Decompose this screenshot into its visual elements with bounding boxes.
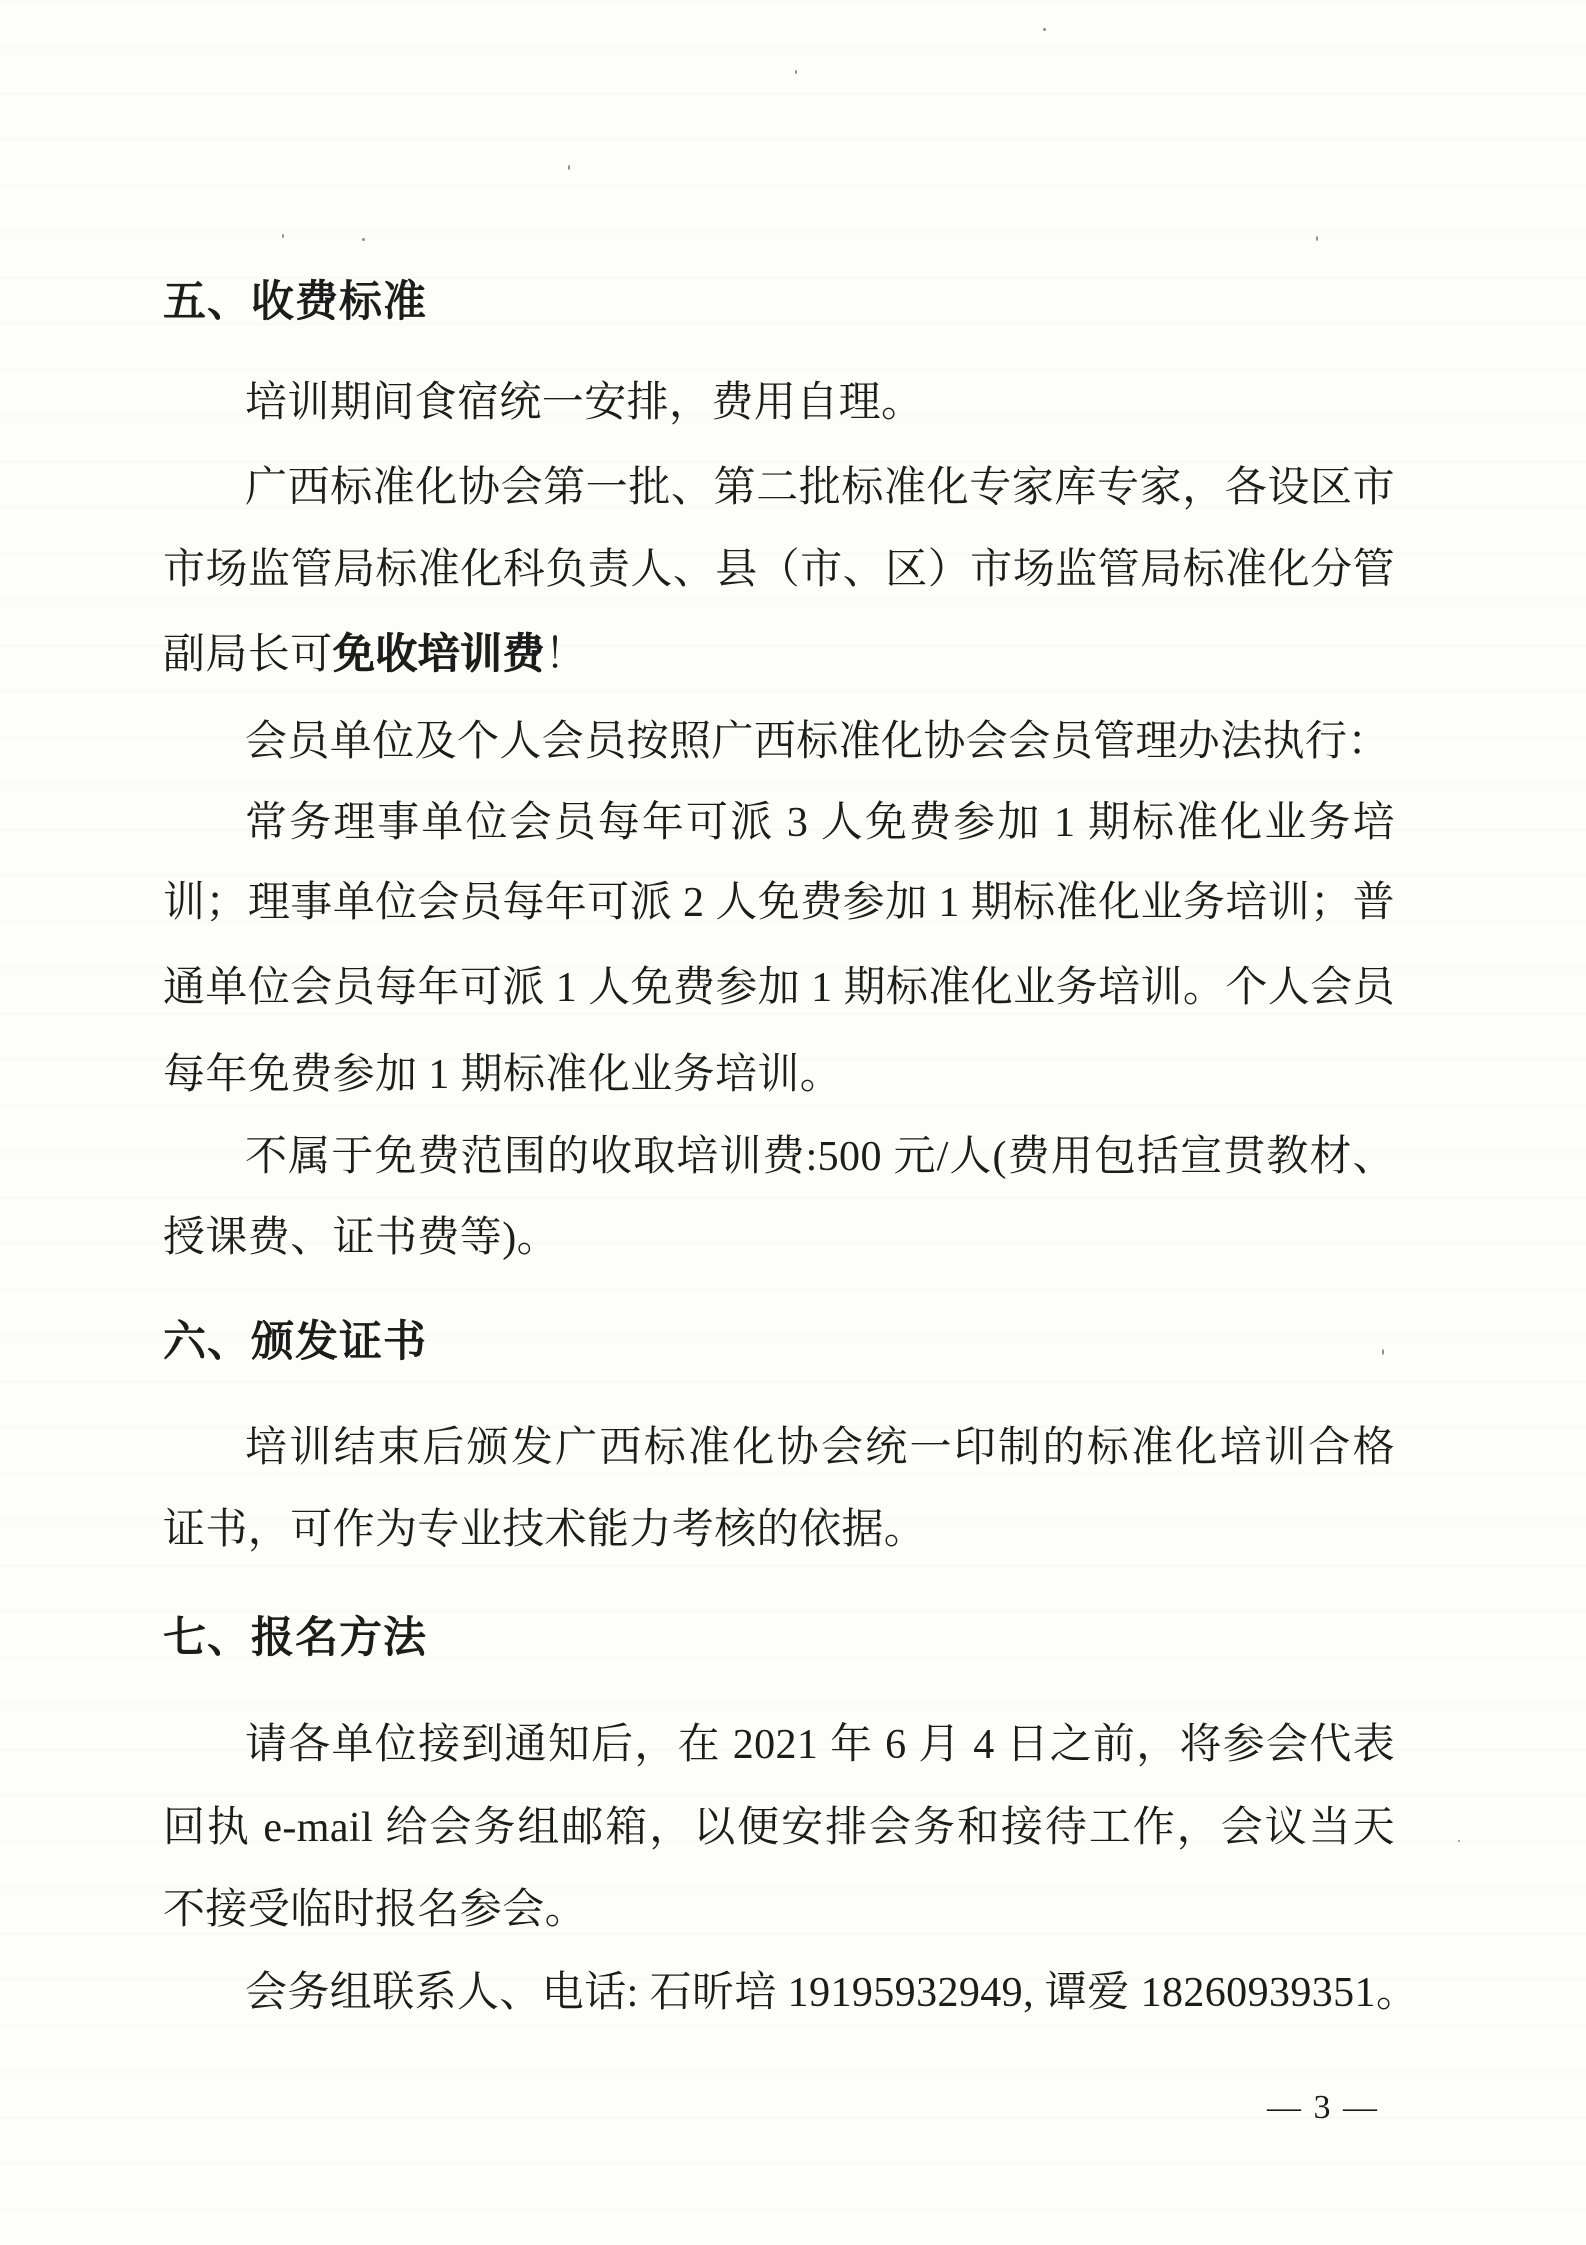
scan-speck [568,165,570,170]
scan-speck [1316,236,1318,241]
doc-line: 通单位会员每年可派 1 人免费参加 1 期标准化业务培训。个人会员 [163,963,1395,1013]
doc-line: 市场监管局标准化科负责人、县（市、区）市场监管局标准化分管 [163,545,1395,595]
doc-line: 请各单位接到通知后，在 2021 年 6 月 4 日之前，将参会代表 [163,1720,1395,1770]
scan-speck [795,70,797,74]
doc-line-text: ！ [545,632,587,678]
doc-line: 培训结束后颁发广西标准化协会统一印制的标准化培训合格 [163,1423,1395,1473]
scan-speck [1382,1349,1384,1355]
doc-line: 培训期间食宿统一安排，费用自理。 [163,378,1395,428]
scan-speck [362,238,365,241]
page-number: — 3 — [1248,2086,1398,2130]
scanned-document-page: 五、收费标准 培训期间食宿统一安排，费用自理。 广西标准化协会第一批、第二批标准… [0,0,1586,2245]
doc-line: 副局长可免收培训费！ [163,630,1395,680]
doc-line: 回执 e-mail 给会务组邮箱，以便安排会务和接待工作，会议当天 [163,1803,1395,1853]
scan-speck [1043,28,1046,31]
doc-line: 证书，可作为专业技术能力考核的依据。 [163,1505,1395,1555]
doc-line: 会员单位及个人会员按照广西标准化协会会员管理办法执行： [163,717,1395,767]
scan-speck [282,234,284,238]
text-column: 五、收费标准 培训期间食宿统一安排，费用自理。 广西标准化协会第一批、第二批标准… [163,0,1395,2245]
doc-line-text: 副局长可 [163,632,333,678]
section-heading-fees: 五、收费标准 [163,277,1395,327]
doc-line: 不属于免费范围的收取培训费:500 元/人(费用包括宣贯教材、 [163,1132,1395,1182]
doc-line: 广西标准化协会第一批、第二批标准化专家库专家，各设区市 [163,463,1395,513]
bold-run: 免收培训费 [333,632,545,678]
doc-line: 授课费、证书费等)。 [163,1213,1395,1263]
scan-speck [1458,1840,1460,1842]
doc-line: 会务组联系人、电话: 石昕培 19195932949, 谭爱 182609393… [163,1968,1395,2018]
doc-line: 常务理事单位会员每年可派 3 人免费参加 1 期标准化业务培 [163,798,1395,848]
doc-line: 每年免费参加 1 期标准化业务培训。 [163,1050,1395,1100]
section-heading-certificate: 六、颁发证书 [163,1317,1395,1367]
section-heading-registration: 七、报名方法 [163,1613,1395,1663]
doc-line: 训；理事单位会员每年可派 2 人免费参加 1 期标准化业务培训；普 [163,878,1395,928]
doc-line: 不接受临时报名参会。 [163,1885,1395,1935]
